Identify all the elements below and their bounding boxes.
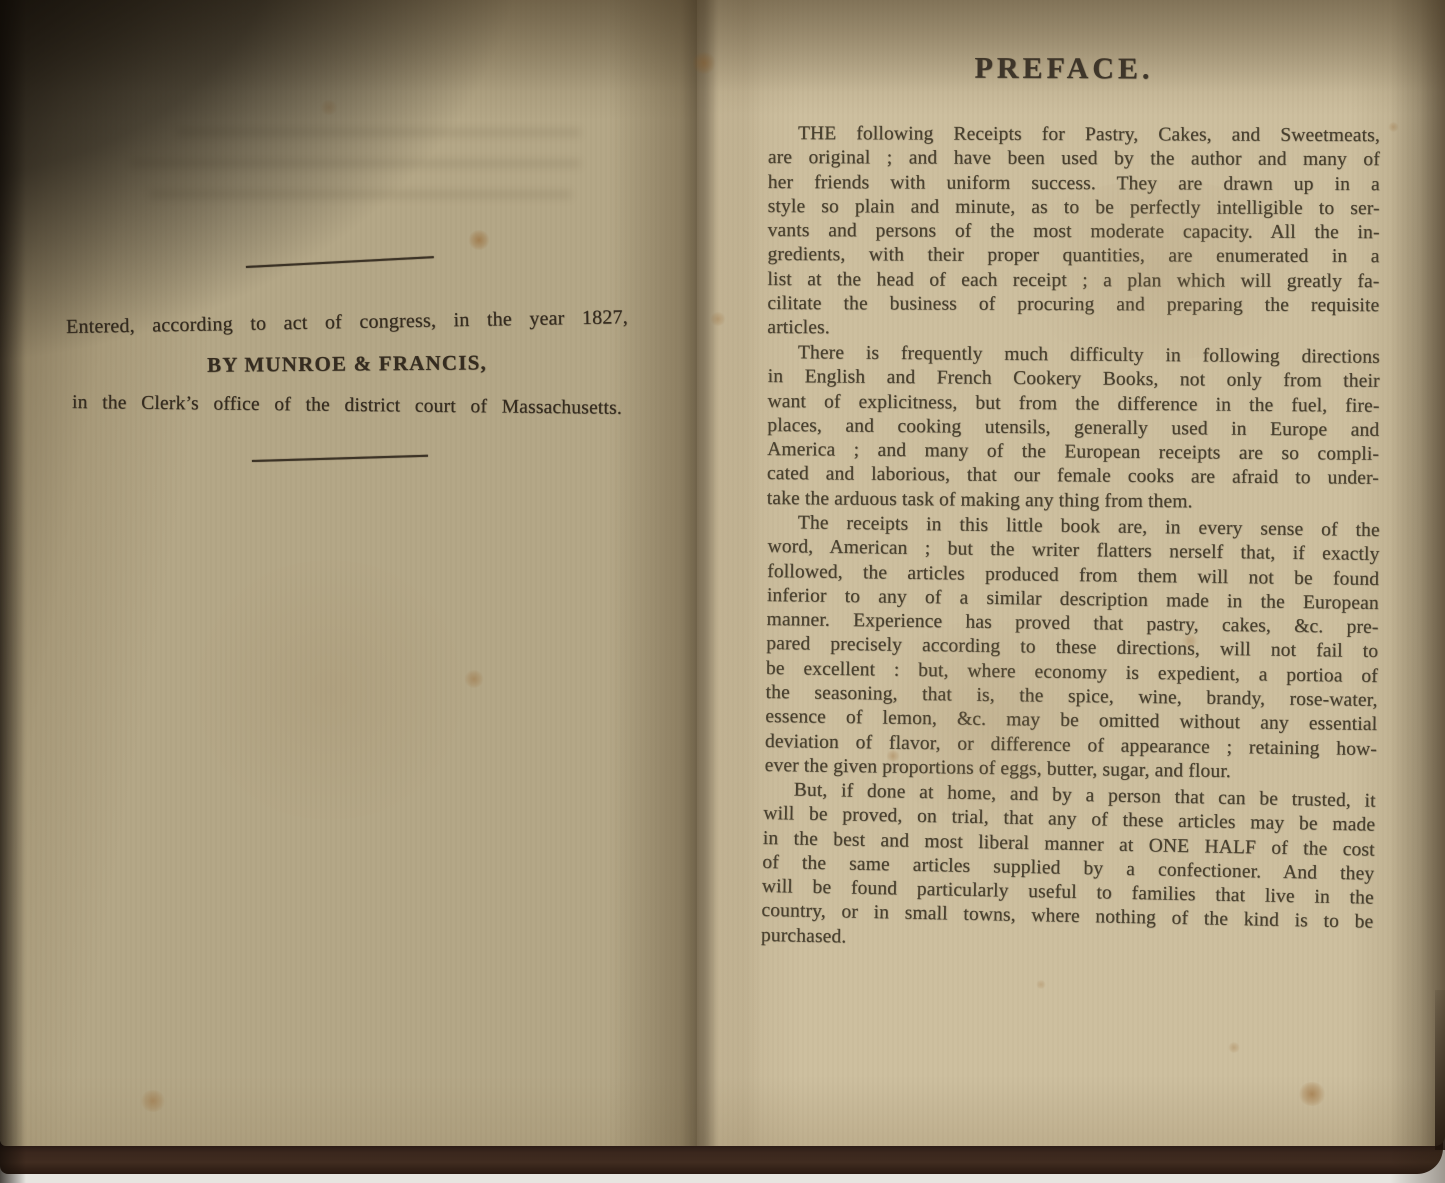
copyright-page: Entered, according to act of congress, i…	[0, 0, 697, 1146]
preface-line: gredients, with their proper quantities,…	[767, 243, 1379, 269]
open-book-photo: Entered, according to act of congress, i…	[0, 0, 1445, 1183]
preface-line: THE following Receipts for Pastry, Cakes…	[768, 122, 1380, 148]
divider-rule-bottom	[252, 455, 428, 462]
publisher-line: BY MUNROE & FRANCIS,	[66, 349, 628, 379]
preface-paragraph: The receipts in this little book are, in…	[765, 511, 1380, 786]
preface-line: style so plain and minute, as to be perf…	[768, 195, 1380, 221]
preface-line: list at the head of each receipt ; a pla…	[767, 268, 1379, 294]
preface-line: are original ; and have been used by the…	[768, 146, 1380, 172]
divider-rule-top	[246, 256, 434, 268]
preface-line: articles.	[767, 316, 1379, 342]
preface-paragraphs: THE following Receipts for Pastry, Cakes…	[768, 122, 1380, 948]
preface-line: vants and persons of the most moderate c…	[768, 219, 1380, 245]
clerks-office-line: in the Clerk’s office of the district co…	[72, 392, 622, 420]
preface-paragraph: THE following Receipts for Pastry, Cakes…	[767, 122, 1380, 343]
page-title: PREFACE.	[697, 50, 1431, 87]
show-through-ghost-text	[130, 128, 600, 221]
preface-line: in English and French Cookery Books, not…	[768, 365, 1380, 394]
preface-line: cilitate the business of procuring and p…	[767, 292, 1379, 318]
preface-line: her friends with uniform success. They a…	[768, 171, 1380, 197]
copyright-entry-line: Entered, according to act of congress, i…	[66, 306, 628, 339]
preface-paragraph: But, if done at home, and by a person th…	[761, 778, 1376, 960]
fore-edge-shadow	[1435, 990, 1445, 1150]
preface-paragraph: There is frequently much difficulty in f…	[767, 341, 1380, 516]
preface-page: PREFACE. THE following Receipts for Past…	[697, 0, 1445, 1146]
